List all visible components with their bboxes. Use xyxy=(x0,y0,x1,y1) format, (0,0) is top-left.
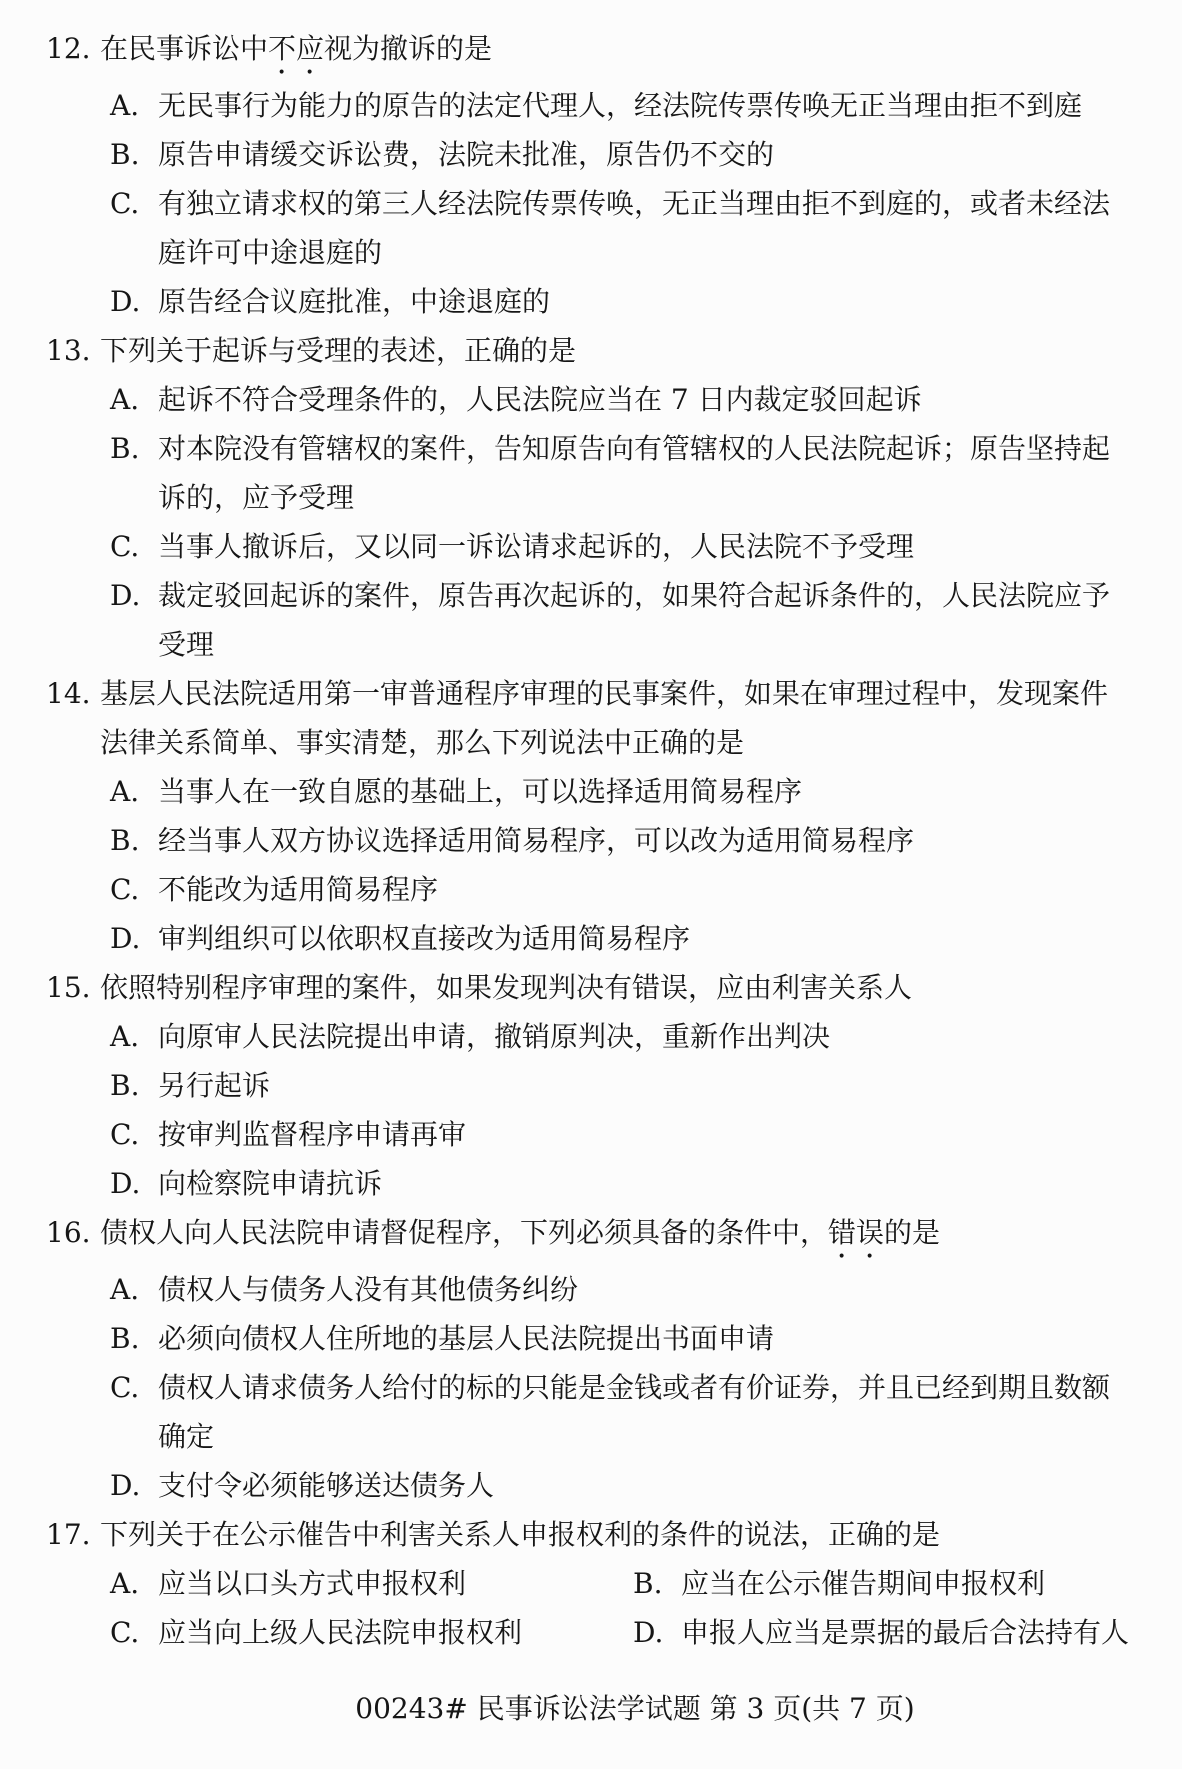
option-B: B.经当事人双方协议选择适用简易程序，可以改为适用简易程序 xyxy=(0,816,1182,865)
page-footer: 00243# 民事诉讼法学试题 第 3 页(共 7 页) xyxy=(0,1684,1182,1733)
option-text: 当事人撤诉后，又以同一诉讼请求起诉的，人民法院不予受理 xyxy=(158,530,914,563)
question-number: 13. xyxy=(46,326,91,375)
question-number: 14. xyxy=(46,669,91,718)
question-16: 16.债权人向人民法院申请督促程序，下列必须具备的条件中，错误的是A.债权人与债… xyxy=(0,1208,1182,1510)
option-text: 起诉不符合受理条件的，人民法院应当在 7 日内裁定驳回起诉 xyxy=(158,383,922,416)
option-label: D. xyxy=(110,914,140,963)
option-B: B.另行起诉 xyxy=(0,1061,1182,1110)
question-stem: 13.下列关于起诉与受理的表述，正确的是 xyxy=(0,326,1182,375)
option-label: D. xyxy=(110,277,140,326)
option-D: D.支付令必须能够送达债务人 xyxy=(0,1461,1182,1510)
option-B: B.原告申请缓交诉讼费，法院未批准，原告仍不交的 xyxy=(0,130,1182,179)
option-A: A.应当以口头方式申报权利 xyxy=(110,1559,633,1608)
option-label: D. xyxy=(110,1461,140,1510)
option-A: A.起诉不符合受理条件的，人民法院应当在 7 日内裁定驳回起诉 xyxy=(0,375,1182,424)
option-text: 当事人在一致自愿的基础上，可以选择适用简易程序 xyxy=(158,775,802,808)
question-stem-text: 下列关于在公示催告中利害关系人申报权利的条件的说法，正确的是 xyxy=(100,1518,940,1551)
option-C: C.不能改为适用简易程序 xyxy=(0,865,1182,914)
question-stem: 17.下列关于在公示催告中利害关系人申报权利的条件的说法，正确的是 xyxy=(0,1510,1182,1559)
options-row: C.应当向上级人民法院申报权利D.申报人应当是票据的最后合法持有人 xyxy=(0,1608,1182,1657)
option-A: A.向原审人民法院提出申请，撤销原判决，重新作出判决 xyxy=(0,1012,1182,1061)
question-stem: 12.在民事诉讼中不应视为撤诉的是 xyxy=(0,24,1182,81)
option-label: A. xyxy=(110,767,139,816)
option-text: 向原审人民法院提出申请，撤销原判决，重新作出判决 xyxy=(158,1020,830,1053)
question-stem-text: 依照特别程序审理的案件，如果发现判决有错误，应由利害关系人 xyxy=(100,971,912,1004)
option-label: C. xyxy=(110,1608,158,1657)
option-text: 原告经合议庭批准，中途退庭的 xyxy=(158,285,550,318)
option-C: C.当事人撤诉后，又以同一诉讼请求起诉的，人民法院不予受理 xyxy=(0,522,1182,571)
option-B: B.必须向债权人住所地的基层人民法院提出书面申请 xyxy=(0,1314,1182,1363)
question-stem-text: 债权人向人民法院申请督促程序，下列必须具备的条件中，错误的是 xyxy=(100,1216,940,1249)
stem-segment: 基层人民法院适用第一审普通程序审理的民事案件，如果在审理过程中，发现案件 法律关… xyxy=(100,677,1108,759)
option-label: B. xyxy=(110,130,139,179)
option-label: B. xyxy=(633,1559,681,1608)
option-text: 按审判监督程序申请再审 xyxy=(158,1118,466,1151)
option-text: 债权人请求债务人给付的标的只能是金钱或者有价证券，并且已经到期且数额 确定 xyxy=(158,1371,1110,1453)
stem-segment: 债权人向人民法院申请督促程序，下列必须具备的条件中， xyxy=(100,1216,828,1249)
question-number: 16. xyxy=(46,1208,91,1257)
option-C: C.按审判监督程序申请再审 xyxy=(0,1110,1182,1159)
option-text: 另行起诉 xyxy=(158,1069,270,1102)
stem-segment: 依照特别程序审理的案件，如果发现判决有错误，应由利害关系人 xyxy=(100,971,912,1004)
option-label: D. xyxy=(110,1159,140,1208)
question-stem-text: 下列关于起诉与受理的表述，正确的是 xyxy=(100,334,576,367)
options-row: A.应当以口头方式申报权利B.应当在公示催告期间申报权利 xyxy=(0,1559,1182,1608)
option-text: 裁定驳回起诉的案件，原告再次起诉的，如果符合起诉条件的，人民法院应予 受理 xyxy=(158,579,1110,661)
option-B: B.应当在公示催告期间申报权利 xyxy=(633,1559,1045,1608)
stem-segment: 的是 xyxy=(884,1216,940,1249)
option-text: 必须向债权人住所地的基层人民法院提出书面申请 xyxy=(158,1322,774,1355)
option-text: 审判组织可以依职权直接改为适用简易程序 xyxy=(158,922,690,955)
option-A: A.债权人与债务人没有其他债务纠纷 xyxy=(0,1265,1182,1314)
option-text: 有独立请求权的第三人经法院传票传唤，无正当理由拒不到庭的，或者未经法 庭许可中途… xyxy=(158,187,1110,269)
option-label: B. xyxy=(110,1061,139,1110)
question-13: 13.下列关于起诉与受理的表述，正确的是A.起诉不符合受理条件的，人民法院应当在… xyxy=(0,326,1182,669)
option-label: A. xyxy=(110,375,139,424)
option-A: A.无民事行为能力的原告的法定代理人，经法院传票传唤无正当理由拒不到庭 xyxy=(0,81,1182,130)
question-number: 12. xyxy=(46,24,91,73)
option-D: D.申报人应当是票据的最后合法持有人 xyxy=(633,1608,1129,1657)
option-text: 向检察院申请抗诉 xyxy=(158,1167,382,1200)
option-label: B. xyxy=(110,1314,139,1363)
option-label: C. xyxy=(110,179,139,228)
option-label: D. xyxy=(110,571,140,620)
option-label: C. xyxy=(110,865,139,914)
stem-segment: 下列关于在公示催告中利害关系人申报权利的条件的说法，正确的是 xyxy=(100,1518,940,1551)
question-14: 14.基层人民法院适用第一审普通程序审理的民事案件，如果在审理过程中，发现案件 … xyxy=(0,669,1182,963)
stem-segment: 在民事诉讼中 xyxy=(100,32,268,65)
option-text: 应当向上级人民法院申报权利 xyxy=(158,1616,522,1649)
option-text: 债权人与债务人没有其他债务纠纷 xyxy=(158,1273,578,1306)
option-text: 经当事人双方协议选择适用简易程序，可以改为适用简易程序 xyxy=(158,824,914,857)
option-text: 申报人应当是票据的最后合法持有人 xyxy=(681,1616,1129,1649)
option-D: D.裁定驳回起诉的案件，原告再次起诉的，如果符合起诉条件的，人民法院应予 受理 xyxy=(0,571,1182,669)
option-text: 应当以口头方式申报权利 xyxy=(158,1567,466,1600)
option-D: D.向检察院申请抗诉 xyxy=(0,1159,1182,1208)
stem-emphasis: 不应 xyxy=(268,32,324,65)
option-label: A. xyxy=(110,1012,139,1061)
option-label: B. xyxy=(110,424,139,473)
question-stem: 14.基层人民法院适用第一审普通程序审理的民事案件，如果在审理过程中，发现案件 … xyxy=(0,669,1182,767)
option-text: 支付令必须能够送达债务人 xyxy=(158,1469,494,1502)
option-C: C.债权人请求债务人给付的标的只能是金钱或者有价证券，并且已经到期且数额 确定 xyxy=(0,1363,1182,1461)
stem-segment: 视为撤诉的是 xyxy=(324,32,492,65)
question-12: 12.在民事诉讼中不应视为撤诉的是A.无民事行为能力的原告的法定代理人，经法院传… xyxy=(0,24,1182,326)
question-stem: 16.债权人向人民法院申请督促程序，下列必须具备的条件中，错误的是 xyxy=(0,1208,1182,1265)
option-label: B. xyxy=(110,816,139,865)
exam-page: 12.在民事诉讼中不应视为撤诉的是A.无民事行为能力的原告的法定代理人，经法院传… xyxy=(0,24,1182,1657)
option-text: 对本院没有管辖权的案件，告知原告向有管辖权的人民法院起诉；原告坚持起 诉的，应予… xyxy=(158,432,1110,514)
question-15: 15.依照特别程序审理的案件，如果发现判决有错误，应由利害关系人A.向原审人民法… xyxy=(0,963,1182,1208)
option-C: C.应当向上级人民法院申报权利 xyxy=(110,1608,633,1657)
question-stem-text: 在民事诉讼中不应视为撤诉的是 xyxy=(100,32,492,65)
option-label: A. xyxy=(110,1265,139,1314)
question-17: 17.下列关于在公示催告中利害关系人申报权利的条件的说法，正确的是A.应当以口头… xyxy=(0,1510,1182,1657)
option-text: 应当在公示催告期间申报权利 xyxy=(681,1567,1045,1600)
option-D: D.原告经合议庭批准，中途退庭的 xyxy=(0,277,1182,326)
question-number: 15. xyxy=(46,963,91,1012)
stem-segment: 下列关于起诉与受理的表述，正确的是 xyxy=(100,334,576,367)
option-label: A. xyxy=(110,81,139,130)
option-label: C. xyxy=(110,1110,139,1159)
question-list: 12.在民事诉讼中不应视为撤诉的是A.无民事行为能力的原告的法定代理人，经法院传… xyxy=(0,24,1182,1657)
question-stem-text: 基层人民法院适用第一审普通程序审理的民事案件，如果在审理过程中，发现案件 法律关… xyxy=(100,677,1108,759)
option-label: A. xyxy=(110,1559,158,1608)
option-label: D. xyxy=(633,1608,681,1657)
option-A: A.当事人在一致自愿的基础上，可以选择适用简易程序 xyxy=(0,767,1182,816)
option-C: C.有独立请求权的第三人经法院传票传唤，无正当理由拒不到庭的，或者未经法 庭许可… xyxy=(0,179,1182,277)
question-number: 17. xyxy=(46,1510,91,1559)
option-label: C. xyxy=(110,1363,139,1412)
option-text: 原告申请缓交诉讼费，法院未批准，原告仍不交的 xyxy=(158,138,774,171)
question-stem: 15.依照特别程序审理的案件，如果发现判决有错误，应由利害关系人 xyxy=(0,963,1182,1012)
option-text: 无民事行为能力的原告的法定代理人，经法院传票传唤无正当理由拒不到庭 xyxy=(158,89,1082,122)
option-D: D.审判组织可以依职权直接改为适用简易程序 xyxy=(0,914,1182,963)
stem-emphasis: 错误 xyxy=(828,1216,884,1249)
option-label: C. xyxy=(110,522,139,571)
option-text: 不能改为适用简易程序 xyxy=(158,873,438,906)
option-B: B.对本院没有管辖权的案件，告知原告向有管辖权的人民法院起诉；原告坚持起 诉的，… xyxy=(0,424,1182,522)
